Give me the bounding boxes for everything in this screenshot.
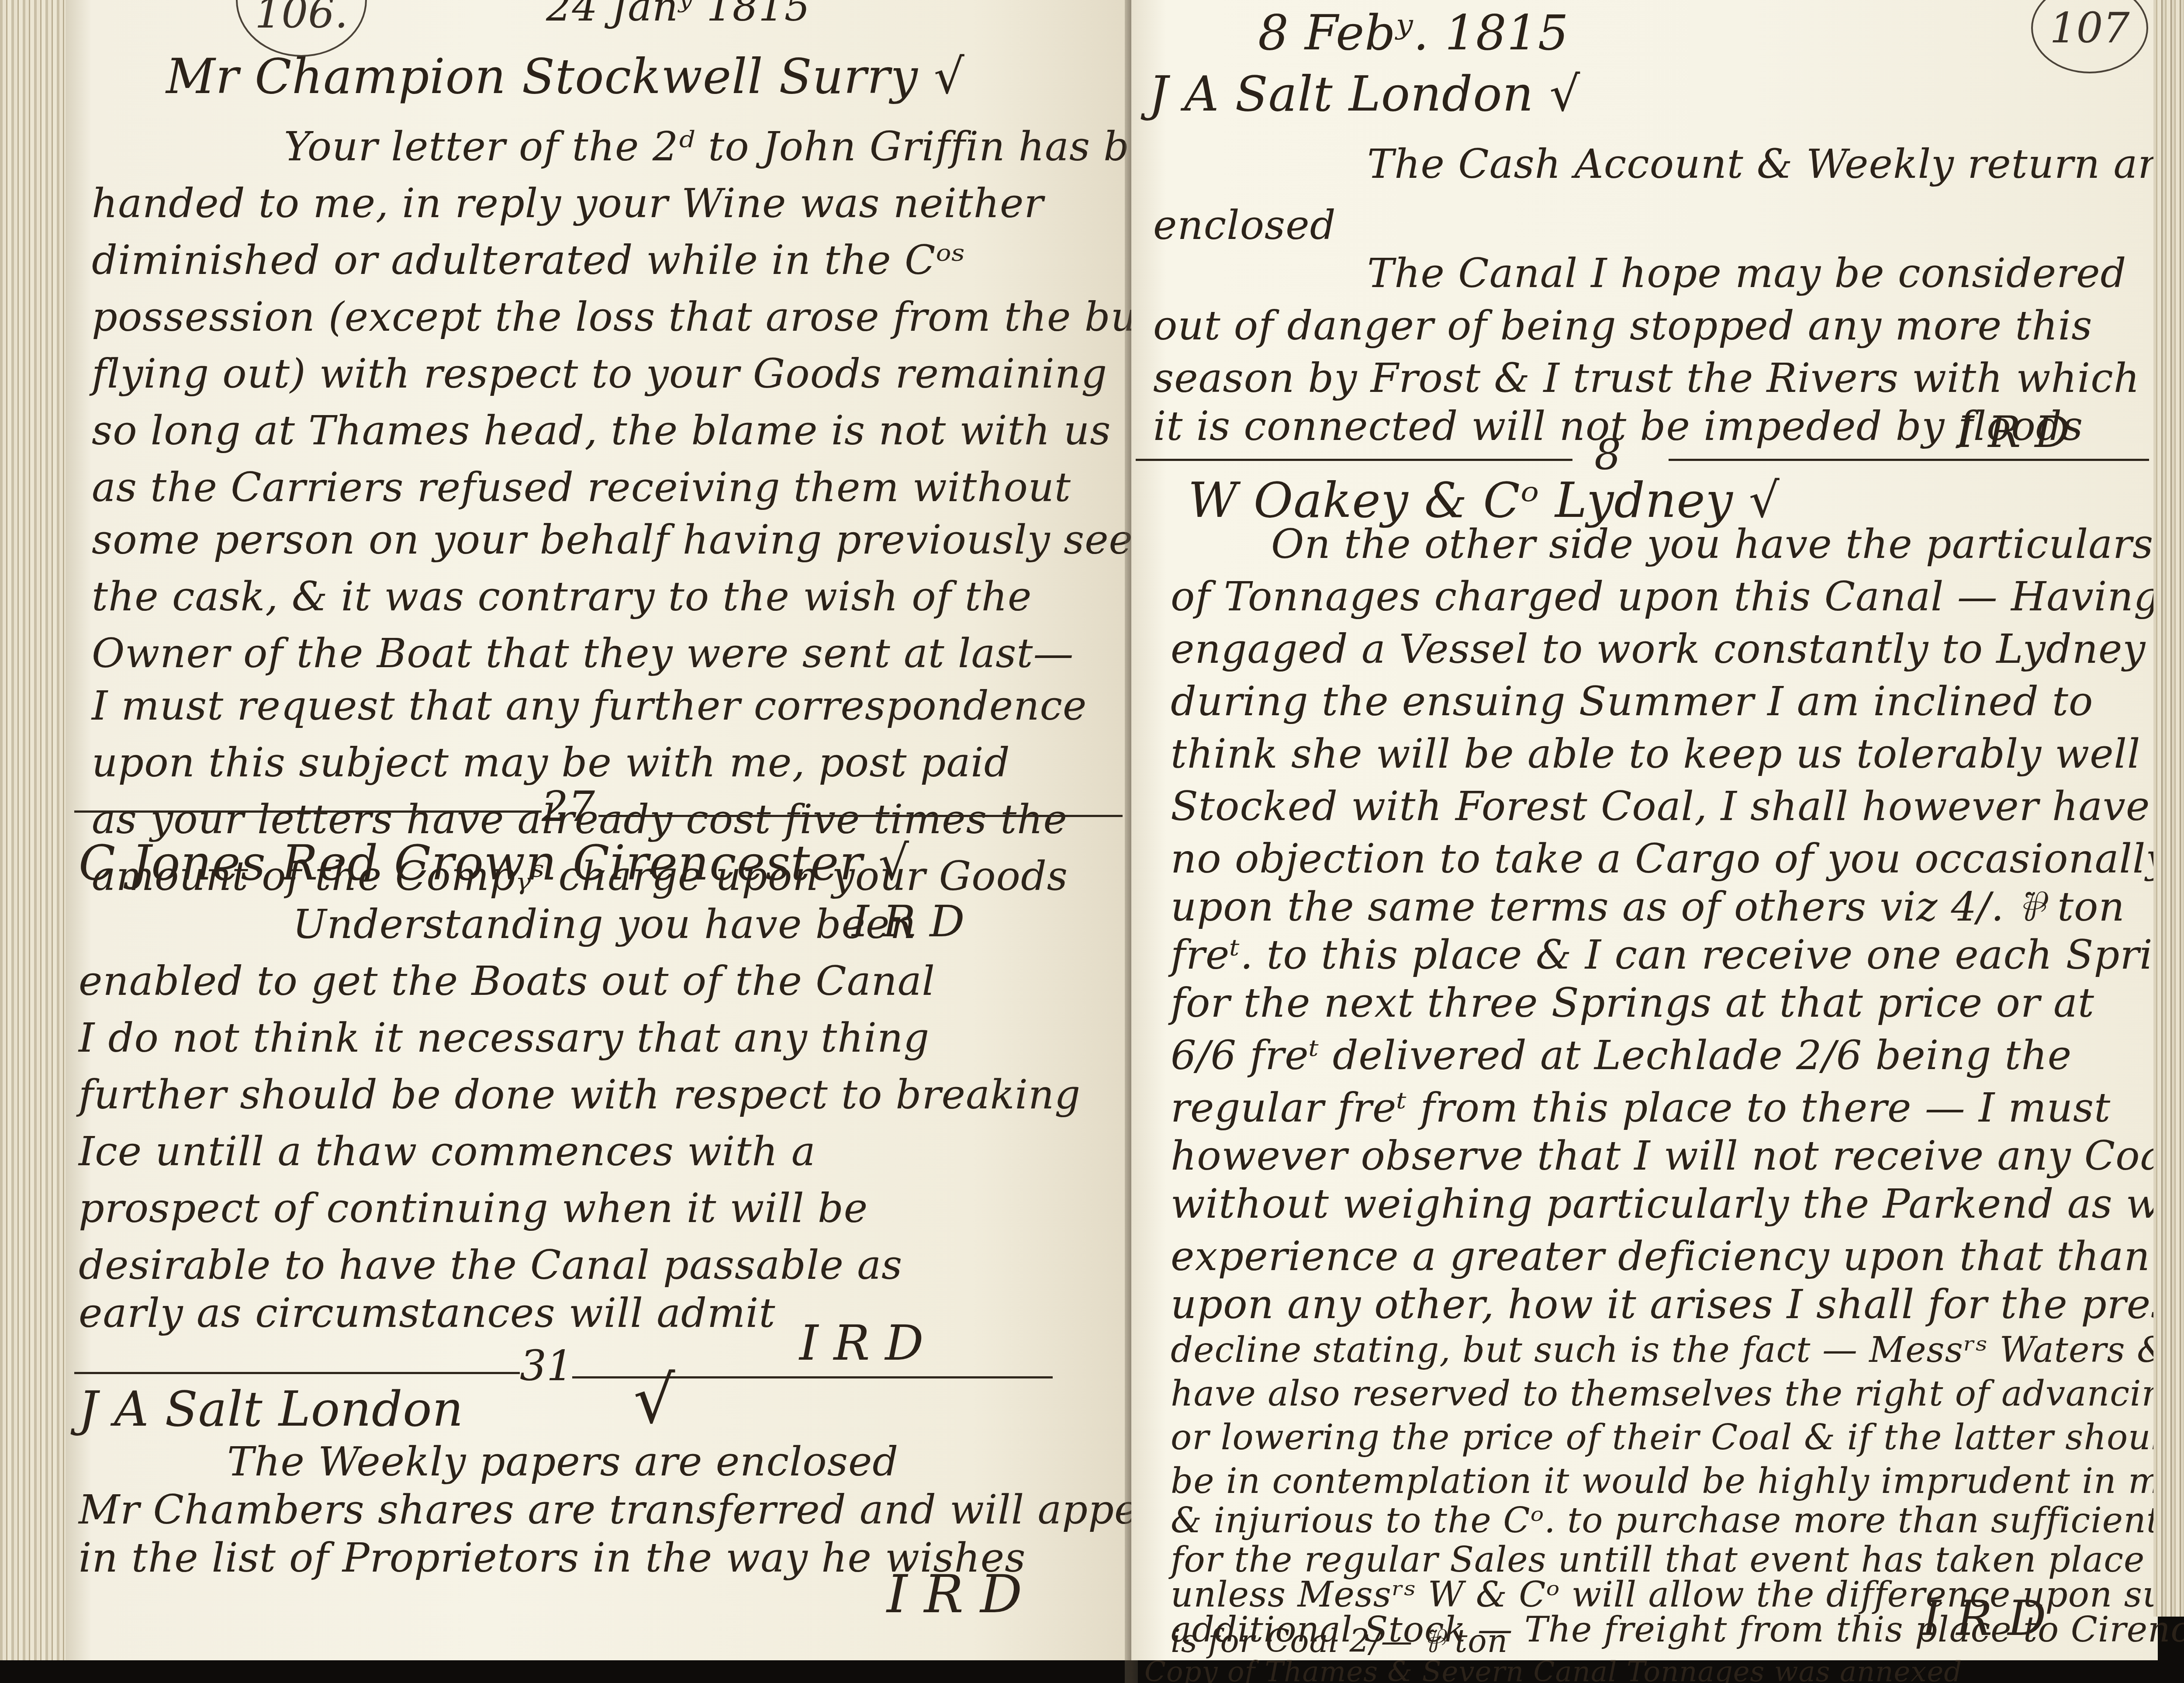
- letter-line: Mr Chambers shares are transferred and w…: [79, 1490, 1182, 1530]
- page-edges-left: [0, 0, 66, 1660]
- page-number: 106.: [255, 0, 348, 38]
- letter-line: regular freᵗ from this place to there — …: [1171, 1088, 2111, 1128]
- addressee: C Jones Red Crown Cirencester √: [79, 839, 909, 887]
- addressee: J A Salt London: [79, 1385, 463, 1433]
- letter-line: prospect of continuing when it will be: [79, 1188, 868, 1229]
- letter-line: think she will be able to keep us tolera…: [1171, 734, 2140, 774]
- letter-line: be in contemplation it would be highly i…: [1171, 1464, 2183, 1499]
- letter-line: early as circumstances will admit: [79, 1293, 776, 1333]
- addressee: Mr Champion Stockwell Surry √: [166, 52, 965, 100]
- letter-line: or lowering the price of their Coal & if…: [1171, 1420, 2184, 1455]
- entry-divider: [1669, 459, 2149, 461]
- letter-line: no objection to take a Cargo of you occa…: [1171, 839, 2169, 879]
- entry-divider: [1136, 459, 1572, 461]
- signature: I R D: [1922, 1590, 2046, 1646]
- letter-line: On the other side you have the particula…: [1271, 524, 2153, 564]
- entry-divider: [598, 815, 1123, 817]
- letter-line: enclosed: [1153, 205, 1336, 246]
- divider-day: 27: [542, 782, 595, 831]
- footnote: Copy of Thames & Severn Canal Tonnages w…: [1144, 1658, 1962, 1683]
- right-page-tail: is for Coal 2/— ⅌ ton: [1171, 1625, 1508, 1657]
- letter-line: out of danger of being stopped any more …: [1153, 306, 2092, 346]
- letter-line: some person on your behalf having previo…: [92, 520, 1159, 560]
- letter-line: however observe that I will not receive …: [1171, 1136, 2178, 1176]
- letter-line: Owner of the Boat that they were sent at…: [92, 634, 1074, 674]
- letter-line: handed to me, in reply your Wine was nei…: [92, 184, 1044, 224]
- letter-line: upon this subject may be with me, post p…: [92, 743, 1010, 783]
- letter-line: Stocked with Forest Coal, I shall howeve…: [1171, 786, 2150, 827]
- divider-day: 31: [520, 1341, 573, 1390]
- entry-date: 24 Janʸ 1815: [546, 0, 810, 27]
- letter-line: enabled to get the Boats out of the Cana…: [79, 961, 935, 1001]
- addressee: J A Salt London √: [1149, 70, 1580, 118]
- right-page: 8 Febʸ. 1815 107 J A Salt London √ The C…: [1131, 0, 2158, 1660]
- letter-line: of Tonnages charged upon this Canal — Ha…: [1171, 577, 2160, 617]
- letter-line: decline stating, but such is the fact — …: [1171, 1333, 2184, 1368]
- signature: I R D: [1957, 406, 2070, 457]
- letter-line: flying out) with respect to your Goods r…: [92, 354, 1107, 394]
- entry-divider: [74, 1372, 520, 1374]
- letter-line: I must request that any further correspo…: [92, 686, 1087, 726]
- letter-line: & injurious to the Cᵒ. to purchase more …: [1171, 1503, 2161, 1538]
- letter-line: possession (except the loss that arose f…: [92, 297, 1189, 337]
- addressee: W Oakey & Cᵒ Lydney √: [1188, 476, 1780, 524]
- signature: I R D: [887, 1564, 1022, 1625]
- letter-line: upon the same terms as of others viz 4/.…: [1171, 887, 2125, 927]
- letter-line: in the list of Proprietors in the way he…: [79, 1538, 1026, 1578]
- left-page: 106. 24 Janʸ 1815 Mr Champion Stockwell …: [66, 0, 1131, 1660]
- letter-line: The Canal I hope may be considered: [1367, 253, 2126, 294]
- letter-line: is for Coal 2/— ⅌ ton: [1171, 1625, 1508, 1657]
- letter-line: The Cash Account & Weekly return are: [1367, 144, 2182, 184]
- letter-line: further should be done with respect to b…: [79, 1075, 1081, 1115]
- signature: I R D: [799, 1315, 923, 1371]
- letter-line: so long at Thames head, the blame is not…: [92, 411, 1111, 451]
- page-number: 107: [2049, 3, 2129, 52]
- letter-line: without weighing particularly the Parken…: [1171, 1184, 2184, 1224]
- letter-line: 6/6 freᵗ delivered at Lechlade 2/6 being…: [1171, 1035, 2072, 1076]
- letter-line: as the Carriers refused receiving them w…: [92, 467, 1071, 508]
- letter-line: for the next three Springs at that price…: [1171, 983, 2094, 1023]
- letter-line: upon any other, how it arises I shall fo…: [1171, 1285, 2184, 1325]
- page-number-circle: 107: [2031, 0, 2148, 73]
- page-edges-right: [2153, 0, 2184, 1617]
- letter-line: Ice untill a thaw commences with a: [79, 1132, 816, 1172]
- entry-date: 8 Febʸ. 1815: [1258, 9, 1569, 57]
- letter-line: I do not think it necessary that any thi…: [79, 1018, 930, 1058]
- letter-line: have also reserved to themselves the rig…: [1171, 1376, 2184, 1411]
- entry-divider: [74, 810, 542, 813]
- letter-line: engaged a Vessel to work constantly to L…: [1171, 629, 2146, 669]
- letter-line: Understanding you have been: [293, 904, 916, 945]
- letter-line: experience a greater deficiency upon tha…: [1171, 1236, 2150, 1277]
- letter-line: for the regular Sales untill that event …: [1171, 1542, 2145, 1577]
- letter-line: season by Frost & I trust the Rivers wit…: [1153, 358, 2140, 398]
- letter-line: Your letter of the 2ᵈ to John Griffin ha…: [284, 127, 1204, 167]
- letter-line: The Weekly papers are enclosed: [227, 1442, 898, 1482]
- letter-line: diminished or adulterated while in the C…: [92, 240, 966, 280]
- letter-line: during the ensuing Summer I am inclined …: [1171, 682, 2093, 722]
- letter-line: desirable to have the Canal passable as: [79, 1245, 902, 1285]
- letter-line: the cask, & it was contrary to the wish …: [92, 577, 1032, 617]
- check-mark: √: [633, 1368, 676, 1433]
- letter-line: freᵗ. to this place & I can receive one …: [1171, 935, 2184, 975]
